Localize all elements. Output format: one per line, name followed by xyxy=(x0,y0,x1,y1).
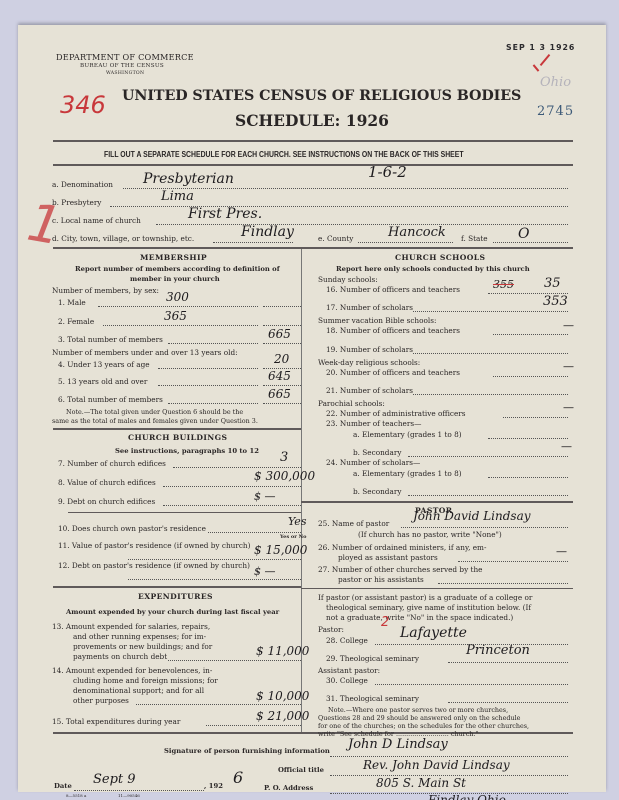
summer-schools-label: Summer vacation Bible schools: xyxy=(318,316,436,325)
edifices-debt[interactable]: $ — xyxy=(254,490,276,503)
pastor-note-2: Questions 28 and 29 should be answered o… xyxy=(318,714,520,722)
q27-label-1: 27. Number of other churches served by t… xyxy=(318,565,482,574)
pastor-college[interactable]: Lafayette xyxy=(400,625,467,641)
classification-code: 1-6-2 xyxy=(368,163,407,181)
membership-note-2: same as the total of males and females g… xyxy=(52,417,258,425)
over-13-label: 5. 13 years old and over xyxy=(58,377,147,386)
q23b-value[interactable]: — xyxy=(561,440,572,453)
q16-label: 16. Number of officers and teachers xyxy=(326,285,460,294)
po-address-label: P. O. Address xyxy=(264,784,313,792)
po-address-line2[interactable]: Findlay Ohio xyxy=(428,793,506,800)
census-schedule-sheet: DEPARTMENT OF COMMERCE BUREAU OF THE CEN… xyxy=(18,25,606,792)
year-field[interactable]: 6 xyxy=(233,768,243,787)
under-13-count[interactable]: 20 xyxy=(274,352,289,366)
pencil-note: Ohio xyxy=(540,75,571,90)
bureau-label: BUREAU OF THE CENSUS xyxy=(80,63,164,69)
print-code: 11—90546 xyxy=(118,793,140,798)
presbytery-field[interactable]: Lima xyxy=(161,189,194,204)
male-count[interactable]: 300 xyxy=(166,290,189,304)
form-title: UNITED STATES CENSUS OF RELIGIOUS BODIES xyxy=(122,88,521,104)
membership-intro-2: member in your church xyxy=(130,275,220,283)
membership-heading: MEMBERSHIP xyxy=(140,253,207,262)
q20-label: 20. Number of officers and teachers xyxy=(326,368,460,377)
q16-struck-value: 355 xyxy=(493,278,514,291)
pastor-name-hint: (If church has no pastor, write "None") xyxy=(358,530,502,539)
edifices-count-label: 7. Number of church edifices xyxy=(58,459,166,468)
q22-value[interactable]: — xyxy=(563,401,574,414)
serial-number: 2745 xyxy=(537,104,574,119)
buildings-sub: See instructions, paragraphs 10 to 12 xyxy=(115,447,259,455)
sunday-schools-label: Sunday schools: xyxy=(318,275,378,284)
q23a-label: a. Elementary (grades 1 to 8) xyxy=(353,430,462,439)
date-label: Date xyxy=(54,782,72,790)
residence-value-label: 11. Value of pastor's residence (if owne… xyxy=(58,541,263,551)
membership-intro-1: Report number of members according to de… xyxy=(75,265,280,273)
date-field[interactable]: Sept 9 xyxy=(93,772,136,787)
signature-label: Signature of person furnishing informati… xyxy=(164,747,330,755)
pastor-seminary[interactable]: Princeton xyxy=(466,643,530,658)
city-field[interactable]: Findlay xyxy=(241,224,294,240)
q26-value[interactable]: — xyxy=(556,545,567,558)
received-date-stamp: SEP 1 3 1926 xyxy=(506,43,575,52)
department-label: DEPARTMENT OF COMMERCE xyxy=(56,52,194,62)
state-label: f. State xyxy=(461,234,488,243)
q22-label: 22. Number of administrative officers xyxy=(326,409,466,418)
benevolences-label-1: 14. Amount expended for benevolences, in… xyxy=(52,666,212,675)
denomination-label: a. Denomination xyxy=(52,180,113,189)
q17-value[interactable]: 353 xyxy=(543,294,568,309)
benevolences-amount[interactable]: $ 10,000 xyxy=(256,689,309,703)
running-expenses-label-4: payments on church debt xyxy=(73,652,167,661)
pastor-name-label: 25. Name of pastor xyxy=(318,519,389,528)
city-label: d. City, town, village, or township, etc… xyxy=(52,234,194,243)
pastor-subgroup-label: Pastor: xyxy=(318,625,344,634)
q23b-label: b. Secondary xyxy=(353,448,401,457)
church-schools-sub: Report here only schools conducted by th… xyxy=(336,265,530,273)
total-members-2-label: 6. Total number of members xyxy=(58,395,163,404)
q26-label-1: 26. Number of ordained ministers, if any… xyxy=(318,543,486,552)
red-check-mark xyxy=(540,54,551,66)
over-13-count[interactable]: 645 xyxy=(268,369,291,383)
form-code: 8—5518 a xyxy=(66,793,86,798)
owns-residence-answer[interactable]: Yes xyxy=(288,515,306,528)
q19-label: 19. Number of scholars xyxy=(326,345,413,354)
q27-label-2: pastor or his assistants xyxy=(338,575,424,584)
q16-value[interactable]: 35 xyxy=(544,276,561,291)
q24a-label: a. Elementary (grades 1 to 8) xyxy=(353,469,462,478)
edifices-count[interactable]: 3 xyxy=(280,450,288,465)
q26-label-2: ployed as assistant pastors xyxy=(338,553,438,562)
benevolences-label-3: denominational support; and for all xyxy=(73,686,204,695)
total-members-2-count[interactable]: 665 xyxy=(268,387,291,401)
q18-value[interactable]: — xyxy=(563,319,574,332)
official-title-label: Official title xyxy=(278,766,324,774)
q24-label: 24. Number of scholars— xyxy=(326,458,420,467)
yes-no-hint: Yes or No xyxy=(280,534,307,540)
expenditures-heading: EXPENDITURES xyxy=(138,592,213,601)
benevolences-label-2: cluding home and foreign missions; for xyxy=(73,676,218,685)
grad-note-3: not a graduate, write "No" in the space … xyxy=(326,613,513,622)
membership-note-1: Note.—The total given under Question 6 s… xyxy=(66,408,243,416)
weekday-schools-label: Week-day religious schools: xyxy=(318,358,420,367)
edifices-debt-label: 9. Debt on church edifices xyxy=(58,497,155,506)
total-expenditures-amount[interactable]: $ 21,000 xyxy=(256,709,309,723)
pastor-red-mark: 2 xyxy=(381,615,389,630)
total-members-label: 3. Total number of members xyxy=(58,335,163,344)
q18-label: 18. Number of officers and teachers xyxy=(326,326,460,335)
running-expenses-label-1: 13. Amount expended for salaries, repair… xyxy=(52,622,210,631)
state-field[interactable]: O xyxy=(518,226,529,242)
assistant-subgroup-label: Assistant pastor: xyxy=(318,666,380,675)
running-expenses-label-3: provements or new buildings; and for xyxy=(73,642,212,651)
instruction-banner: FILL OUT A SEPARATE SCHEDULE FOR EACH CH… xyxy=(104,150,464,159)
female-count[interactable]: 365 xyxy=(164,309,187,323)
q21-label: 21. Number of scholars xyxy=(326,386,413,395)
grad-note-2: theological seminary, give name of insti… xyxy=(326,603,531,612)
pastor-name[interactable]: John David Lindsay xyxy=(413,509,531,523)
age-group-label: Number of members under and over 13 year… xyxy=(52,348,238,357)
q23-label: 23. Number of teachers— xyxy=(326,419,421,428)
asst-seminary-label: 31. Theological seminary xyxy=(326,694,419,703)
presbytery-label: b. Presbytery xyxy=(52,198,101,207)
by-sex-label: Number of members, by sex: xyxy=(52,286,159,295)
county-label: e. County xyxy=(318,234,353,243)
pastor-note-1: Note.—Where one pastor serves two or mor… xyxy=(328,706,508,714)
benevolences-label-4: other purposes xyxy=(73,696,129,705)
edifices-value-label: 8. Value of church edifices xyxy=(58,478,156,487)
buildings-heading: CHURCH BUILDINGS xyxy=(128,433,227,442)
asst-college-label: 30. College xyxy=(326,676,368,685)
red-check-mark-tail xyxy=(533,64,540,71)
running-expenses-amount[interactable]: $ 11,000 xyxy=(256,644,309,658)
q17-label: 17. Number of scholars xyxy=(326,303,413,312)
parochial-schools-label: Parochial schools: xyxy=(318,399,385,408)
year-prefix: , 192 xyxy=(204,782,223,790)
local-name-label: c. Local name of church xyxy=(52,216,141,225)
po-address-line1[interactable]: 805 S. Main St xyxy=(376,776,466,790)
owns-residence-label: 10. Does church own pastor's residence xyxy=(58,524,206,533)
church-schools-heading: CHURCH SCHOOLS xyxy=(395,253,485,262)
expenditures-sub: Amount expended by your church during la… xyxy=(66,608,279,616)
college-label: 28. College xyxy=(326,636,368,645)
local-name-field[interactable]: First Pres. xyxy=(188,206,262,222)
running-expenses-label-2: and other running expenses; for im- xyxy=(73,632,206,641)
q24b-label: b. Secondary xyxy=(353,487,401,496)
red-handwritten-number: 346 xyxy=(60,91,106,119)
grad-note-1: If pastor (or assistant pastor) is a gra… xyxy=(318,593,532,602)
q20-value[interactable]: — xyxy=(563,360,574,373)
residence-debt-label: 12. Debt on pastor's residence (if owned… xyxy=(58,561,263,571)
total-members-count[interactable]: 665 xyxy=(268,327,291,341)
county-field[interactable]: Hancock xyxy=(388,225,446,240)
residence-debt[interactable]: $ — xyxy=(254,565,276,578)
pastor-note-3: for one of the churches; on the schedule… xyxy=(318,722,529,730)
denomination-field[interactable]: Presbyterian xyxy=(143,171,234,187)
female-label: 2. Female xyxy=(58,317,94,326)
edifices-value[interactable]: $ 300,000 xyxy=(254,469,315,483)
signature-field[interactable]: John D Lindsay xyxy=(348,737,448,752)
total-expenditures-label: 15. Total expenditures during year xyxy=(52,717,180,726)
residence-value[interactable]: $ 15,000 xyxy=(254,543,307,557)
under-13-label: 4. Under 13 years of age xyxy=(58,360,150,369)
official-title-field[interactable]: Rev. John David Lindsay xyxy=(363,758,510,772)
seminary-label: 29. Theological seminary xyxy=(326,654,419,663)
city-label: Washington xyxy=(106,71,144,76)
schedule-title: SCHEDULE: 1926 xyxy=(235,111,389,130)
male-label: 1. Male xyxy=(58,298,86,307)
